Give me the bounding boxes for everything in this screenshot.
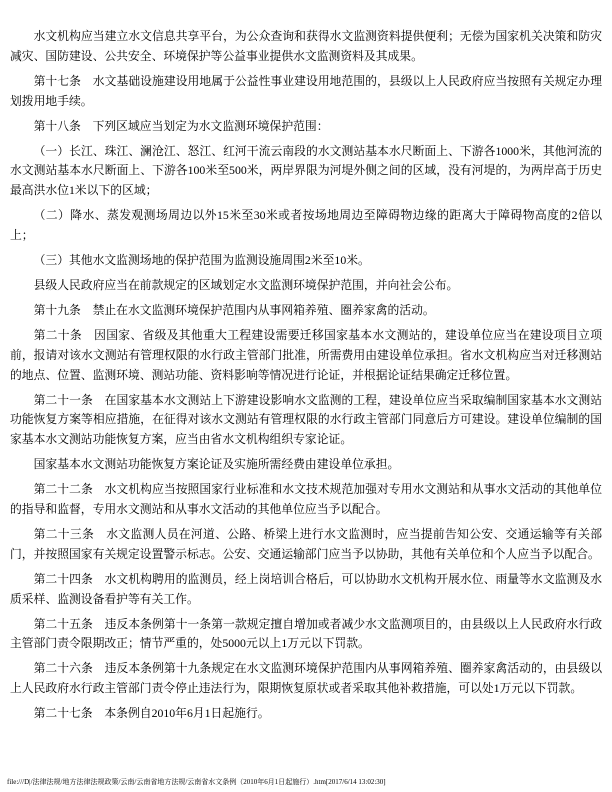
document-body: 水文机构应当建立水文信息共享平台，为公众查询和获得水文监测资料提供便利；无偿为国… xyxy=(0,0,612,742)
article-24: 第二十四条 水文机构聘用的监测员，经上岗培训合格后，可以协助水文机构开展水位、雨… xyxy=(10,570,602,610)
document-page: 水文机构应当建立水文信息共享平台，为公众查询和获得水文监测资料提供便利；无偿为国… xyxy=(0,0,612,792)
article-27: 第二十七条 本条例自2010年6月1日起施行。 xyxy=(10,704,602,724)
article-18: 第十八条 下列区域应当划定为水文监测环境保护范围： xyxy=(10,117,602,137)
article-21-funding: 国家基本水文测站功能恢复方案论证及实施所需经费由建设单位承担。 xyxy=(10,455,602,475)
article-18-item-3: （三）其他水文监测场地的保护范围为监测设施周围2米至10米。 xyxy=(10,251,602,271)
article-18-closing: 县级人民政府应当在前款规定的区域划定水文监测环境保护范围，并向社会公布。 xyxy=(10,276,602,296)
article-19: 第十九条 禁止在水文监测环境保护范围内从事网箱养殖、圈养家禽的活动。 xyxy=(10,301,602,321)
article-20: 第二十条 因国家、省级及其他重大工程建设需要迁移国家基本水文测站的，建设单位应当… xyxy=(10,326,602,386)
article-22: 第二十二条 水文机构应当按照国家行业标准和水文技术规范加强对专用水文测站和从事水… xyxy=(10,480,602,520)
article-18-item-2: （二）降水、蒸发观测场周边以外15米至30米或者按场地周边至障碍物边缘的距离大于… xyxy=(10,206,602,246)
article-18-item-1: （一）长江、珠江、澜沧江、怒江、红河干流云南段的水文测站基本水尺断面上、下游各1… xyxy=(10,142,602,202)
article-25: 第二十五条 违反本条例第十一条第一款规定擅自增加或者减少水文监测项目的，由县级以… xyxy=(10,615,602,655)
paragraph-info-sharing-platform: 水文机构应当建立水文信息共享平台，为公众查询和获得水文监测资料提供便利；无偿为国… xyxy=(10,27,602,67)
article-26: 第二十六条 违反本条例第十九条规定在水文监测环境保护范围内从事网箱养殖、圈养家禽… xyxy=(10,659,602,699)
article-23: 第二十三条 水文监测人员在河道、公路、桥梁上进行水文监测时，应当提前告知公安、交… xyxy=(10,525,602,565)
pdf-page-view: { "page": { "background": "#ffffff", "te… xyxy=(0,0,612,792)
article-21: 第二十一条 在国家基本水文测站上下游建设影响水文监测的工程，建设单位应当采取编制… xyxy=(10,391,602,451)
file-path-footer: file:///D|/法律法规/地方法律法规政策/云南/云南省地方法规/云南省水… xyxy=(7,778,605,787)
article-17: 第十七条 水文基础设施建设用地属于公益性事业建设用地范围的，县级以上人民政府应当… xyxy=(10,72,602,112)
